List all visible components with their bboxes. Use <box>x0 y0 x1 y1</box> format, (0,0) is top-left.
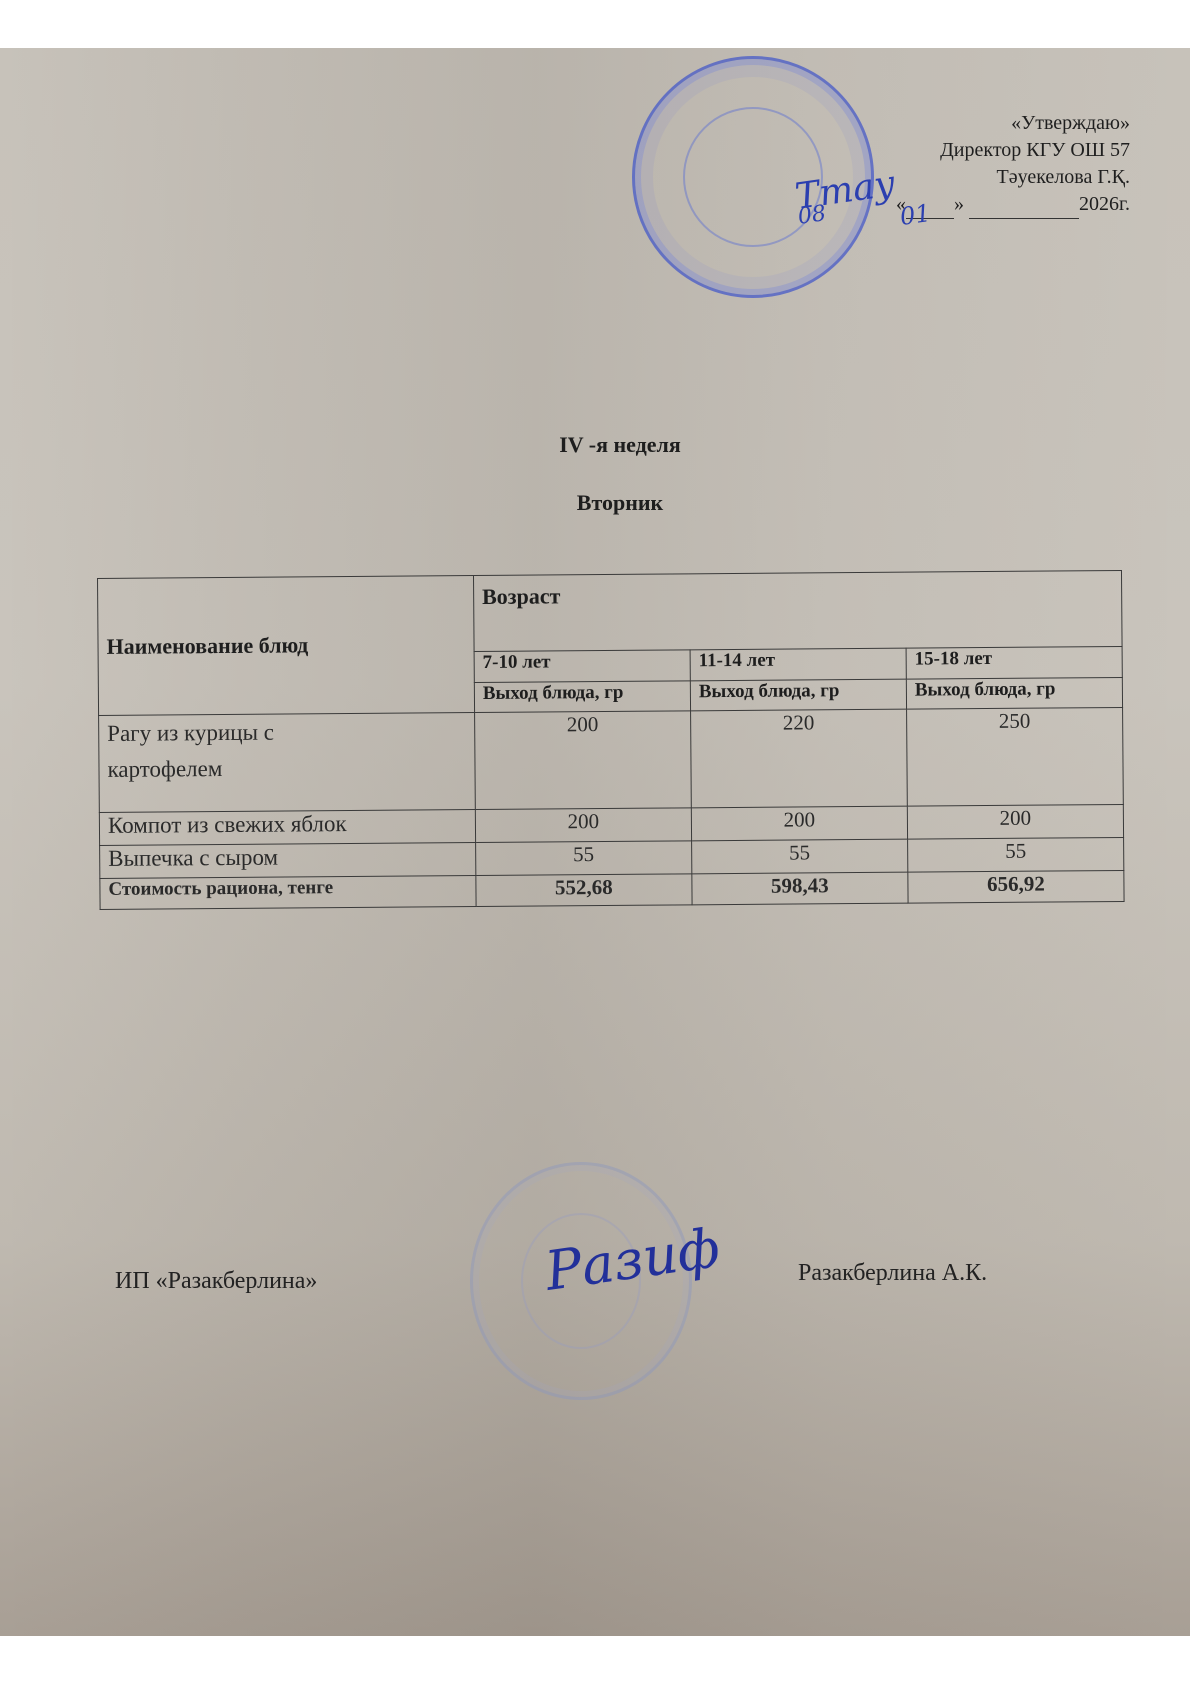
header-age: Возраст <box>473 570 1122 651</box>
dish-yield: 200 <box>907 804 1123 839</box>
week-heading: IV -я неделя <box>0 432 1190 458</box>
date-year: 2026г. <box>1079 193 1130 215</box>
date-close-quote: » <box>954 193 964 215</box>
total-cost: 552,68 <box>476 874 692 907</box>
header-yield: Выход блюда, гр <box>474 681 690 713</box>
dish-yield: 200 <box>475 808 691 843</box>
table-row: Рагу из курицы с картофелем 200 220 250 <box>99 707 1124 812</box>
footer-signatory: Разакберлина А.К. <box>798 1260 987 1287</box>
menu-table: Наименование блюд Возраст 7-10 лет 11-14… <box>97 570 1125 910</box>
dish-name: Выпечка с сыром <box>100 843 476 879</box>
dish-yield: 250 <box>906 707 1123 806</box>
dish-yield: 220 <box>690 709 907 808</box>
header-yield: Выход блюда, гр <box>906 677 1122 709</box>
dish-yield: 200 <box>691 806 907 841</box>
header-age-group: 7-10 лет <box>474 650 690 682</box>
total-cost: 656,92 <box>908 870 1124 903</box>
dish-yield: 55 <box>692 839 908 874</box>
approval-position: Директор КГУ ОШ 57 <box>880 137 1130 164</box>
header-age-group: 15-18 лет <box>906 647 1122 679</box>
approval-name: Тәуекелова Г.Қ. <box>880 164 1130 191</box>
footer-organization: ИП «Разакберлина» <box>115 1268 317 1295</box>
dish-name: Компот из свежих яблок <box>99 810 475 846</box>
dish-yield: 55 <box>475 841 691 876</box>
date-day-handwritten: 08 <box>796 201 827 230</box>
total-label: Стоимость рациона, тенге <box>100 876 476 910</box>
header-yield: Выход блюда, гр <box>690 679 906 711</box>
dish-yield: 55 <box>908 837 1124 872</box>
approval-title: «Утверждаю» <box>880 110 1130 137</box>
dish-name: Рагу из курицы с картофелем <box>99 713 476 813</box>
date-month-blank <box>969 191 1079 219</box>
dish-yield: 200 <box>474 711 691 810</box>
header-age-group: 11-14 лет <box>690 648 906 680</box>
total-cost: 598,43 <box>692 872 908 905</box>
date-month-handwritten: 01 <box>898 199 932 231</box>
header-dish-name: Наименование блюд <box>98 576 475 716</box>
day-heading: Вторник <box>0 490 1190 516</box>
